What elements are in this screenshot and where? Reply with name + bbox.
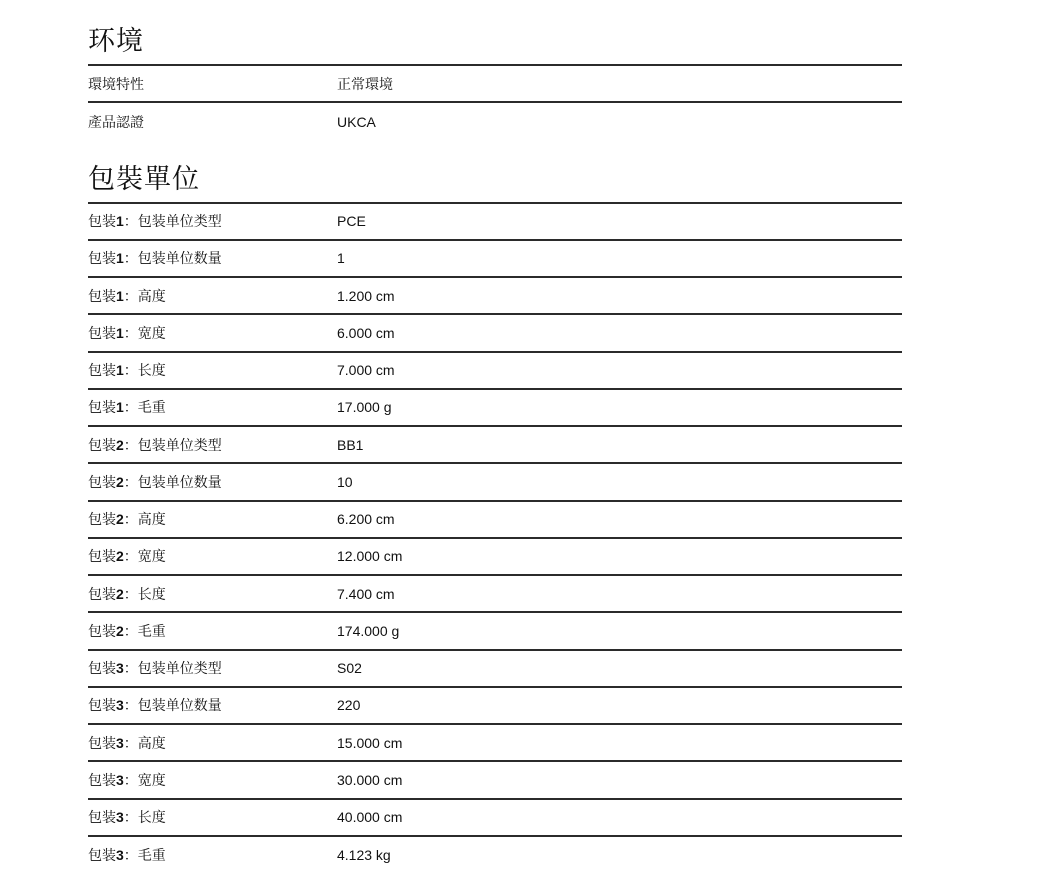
row-label-text: 包装 [88, 772, 116, 788]
row-label: 包装2：包装单位类型 [88, 435, 337, 455]
table-row: 包装1：包装单位数量 1 [88, 241, 902, 278]
row-label-text: 包装 [88, 697, 116, 713]
row-value: 1 [337, 250, 902, 266]
row-label-number: 1 [116, 399, 124, 415]
row-label: 包装2：宽度 [88, 546, 337, 566]
row-label-number: 1 [116, 362, 124, 378]
row-label-rest: ：包装单位数量 [124, 697, 222, 713]
row-label-text: 包装 [88, 623, 116, 639]
row-label: 包装1：宽度 [88, 323, 337, 343]
table-row: 環境特性 正常環境 [88, 66, 902, 103]
row-label: 包装2：包装单位数量 [88, 472, 337, 492]
row-label-rest: ：宽度 [124, 325, 166, 341]
row-label-rest: ：包装单位数量 [124, 474, 222, 490]
row-label: 包装3：高度 [88, 733, 337, 753]
row-label-number: 1 [116, 288, 124, 304]
row-label-number: 3 [116, 735, 124, 751]
row-label-number: 3 [116, 809, 124, 825]
row-label-rest: ：宽度 [124, 772, 166, 788]
row-label-number: 3 [116, 697, 124, 713]
datasheet-page: 环境 環境特性 正常環境 產品認證 UKCA 包裝單位 包装1：包装单位类型 P… [0, 0, 1046, 870]
row-value: 15.000 cm [337, 735, 902, 751]
row-value: BB1 [337, 437, 902, 453]
row-value: UKCA [337, 114, 902, 130]
row-label-rest: ：长度 [124, 586, 166, 602]
table-row: 包装2：高度 6.200 cm [88, 502, 902, 539]
row-label-rest: ：长度 [124, 809, 166, 825]
row-label: 包装1：包装单位类型 [88, 211, 337, 231]
row-label-number: 2 [116, 548, 124, 564]
row-value: 4.123 kg [337, 847, 902, 863]
table-row: 包装2：宽度 12.000 cm [88, 539, 902, 576]
row-value: 30.000 cm [337, 772, 902, 788]
row-value: 6.000 cm [337, 325, 902, 341]
row-value: 6.200 cm [337, 511, 902, 527]
row-value: 12.000 cm [337, 548, 902, 564]
row-label-text: 包装 [88, 511, 116, 527]
row-label: 環境特性 [88, 74, 337, 94]
row-label: 包装2：长度 [88, 584, 337, 604]
table-row: 包装1：宽度 6.000 cm [88, 315, 902, 352]
row-label: 包装3：毛重 [88, 845, 337, 865]
row-label-text: 包装 [88, 474, 116, 490]
table-row: 產品認證 UKCA [88, 103, 902, 140]
row-value: 17.000 g [337, 399, 902, 415]
row-value: 40.000 cm [337, 809, 902, 825]
row-label-text: 包装 [88, 437, 116, 453]
table-row: 包装1：高度 1.200 cm [88, 278, 902, 315]
row-label-number: 2 [116, 586, 124, 602]
row-label-text: 包装 [88, 250, 116, 266]
row-label: 包装2：毛重 [88, 621, 337, 641]
row-label: 包装1：高度 [88, 286, 337, 306]
row-label-rest: ：包装单位数量 [124, 250, 222, 266]
row-value: 1.200 cm [337, 288, 902, 304]
row-label-rest: ：包装单位类型 [124, 437, 222, 453]
row-label-text: 環境特性 [88, 76, 144, 92]
row-value: S02 [337, 660, 902, 676]
row-label-rest: ：包装单位类型 [124, 660, 222, 676]
table-row: 包装2：包装单位类型 BB1 [88, 427, 902, 464]
row-label-rest: ：宽度 [124, 548, 166, 564]
section-rows: 包装1：包装单位类型 PCE 包装1：包装单位数量 1 包装1：高度 1.200… [88, 204, 902, 870]
row-label: 包装2：高度 [88, 509, 337, 529]
table-row: 包装3：高度 15.000 cm [88, 725, 902, 762]
row-label-rest: ：毛重 [124, 623, 166, 639]
row-label: 包装1：毛重 [88, 397, 337, 417]
row-label-rest: ：毛重 [124, 399, 166, 415]
row-label-rest: ：包装单位类型 [124, 213, 222, 229]
table-row: 包装3：毛重 4.123 kg [88, 837, 902, 870]
row-value: 220 [337, 697, 902, 713]
row-label-number: 2 [116, 623, 124, 639]
table-row: 包装1：毛重 17.000 g [88, 390, 902, 427]
row-value: 10 [337, 474, 902, 490]
row-label-number: 1 [116, 213, 124, 229]
row-label: 產品認證 [88, 112, 337, 132]
row-label-rest: ：高度 [124, 735, 166, 751]
table-row: 包装1：长度 7.000 cm [88, 353, 902, 390]
row-label-text: 包装 [88, 288, 116, 304]
row-label-text: 包装 [88, 325, 116, 341]
row-label: 包装1：长度 [88, 360, 337, 380]
table-row: 包装3：包装单位类型 S02 [88, 651, 902, 688]
table-row: 包装3：包装单位数量 220 [88, 688, 902, 725]
table-row: 包装3：长度 40.000 cm [88, 800, 902, 837]
datasheet-section: 环境 環境特性 正常環境 產品認證 UKCA [88, 24, 902, 141]
section-rows: 環境特性 正常環境 產品認證 UKCA [88, 66, 902, 141]
row-label: 包装3：包装单位数量 [88, 695, 337, 715]
table-row: 包装3：宽度 30.000 cm [88, 762, 902, 799]
row-value: 7.400 cm [337, 586, 902, 602]
table-row: 包装2：包装单位数量 10 [88, 464, 902, 501]
row-label-number: 2 [116, 474, 124, 490]
row-label-number: 2 [116, 511, 124, 527]
table-row: 包装2：长度 7.400 cm [88, 576, 902, 613]
table-row: 包装1：包装单位类型 PCE [88, 204, 902, 241]
row-value: 7.000 cm [337, 362, 902, 378]
row-label-rest: ：毛重 [124, 847, 166, 863]
row-label-text: 產品認證 [88, 114, 144, 130]
section-title: 包裝單位 [88, 162, 902, 204]
row-label-rest: ：高度 [124, 511, 166, 527]
row-label-text: 包装 [88, 548, 116, 564]
row-label: 包装3：宽度 [88, 770, 337, 790]
row-label: 包装1：包装单位数量 [88, 248, 337, 268]
datasheet-section: 包裝單位 包装1：包装单位类型 PCE 包装1：包装单位数量 1 包装1：高度 … [88, 162, 902, 870]
row-label-text: 包装 [88, 809, 116, 825]
row-label: 包装3：包装单位类型 [88, 658, 337, 678]
row-value: 174.000 g [337, 623, 902, 639]
section-title: 环境 [88, 24, 902, 66]
row-label-text: 包装 [88, 399, 116, 415]
row-label: 包装3：长度 [88, 807, 337, 827]
row-label-number: 3 [116, 772, 124, 788]
row-label-number: 3 [116, 847, 124, 863]
row-label-number: 1 [116, 325, 124, 341]
row-label-text: 包装 [88, 735, 116, 751]
row-label-text: 包装 [88, 586, 116, 602]
row-label-number: 2 [116, 437, 124, 453]
row-label-text: 包装 [88, 362, 116, 378]
row-label-number: 1 [116, 250, 124, 266]
row-label-number: 3 [116, 660, 124, 676]
row-label-rest: ：长度 [124, 362, 166, 378]
row-label-text: 包装 [88, 213, 116, 229]
row-label-text: 包装 [88, 660, 116, 676]
row-label-text: 包装 [88, 847, 116, 863]
table-row: 包装2：毛重 174.000 g [88, 613, 902, 650]
row-label-rest: ：高度 [124, 288, 166, 304]
row-value: 正常環境 [337, 74, 902, 94]
row-value: PCE [337, 213, 902, 229]
